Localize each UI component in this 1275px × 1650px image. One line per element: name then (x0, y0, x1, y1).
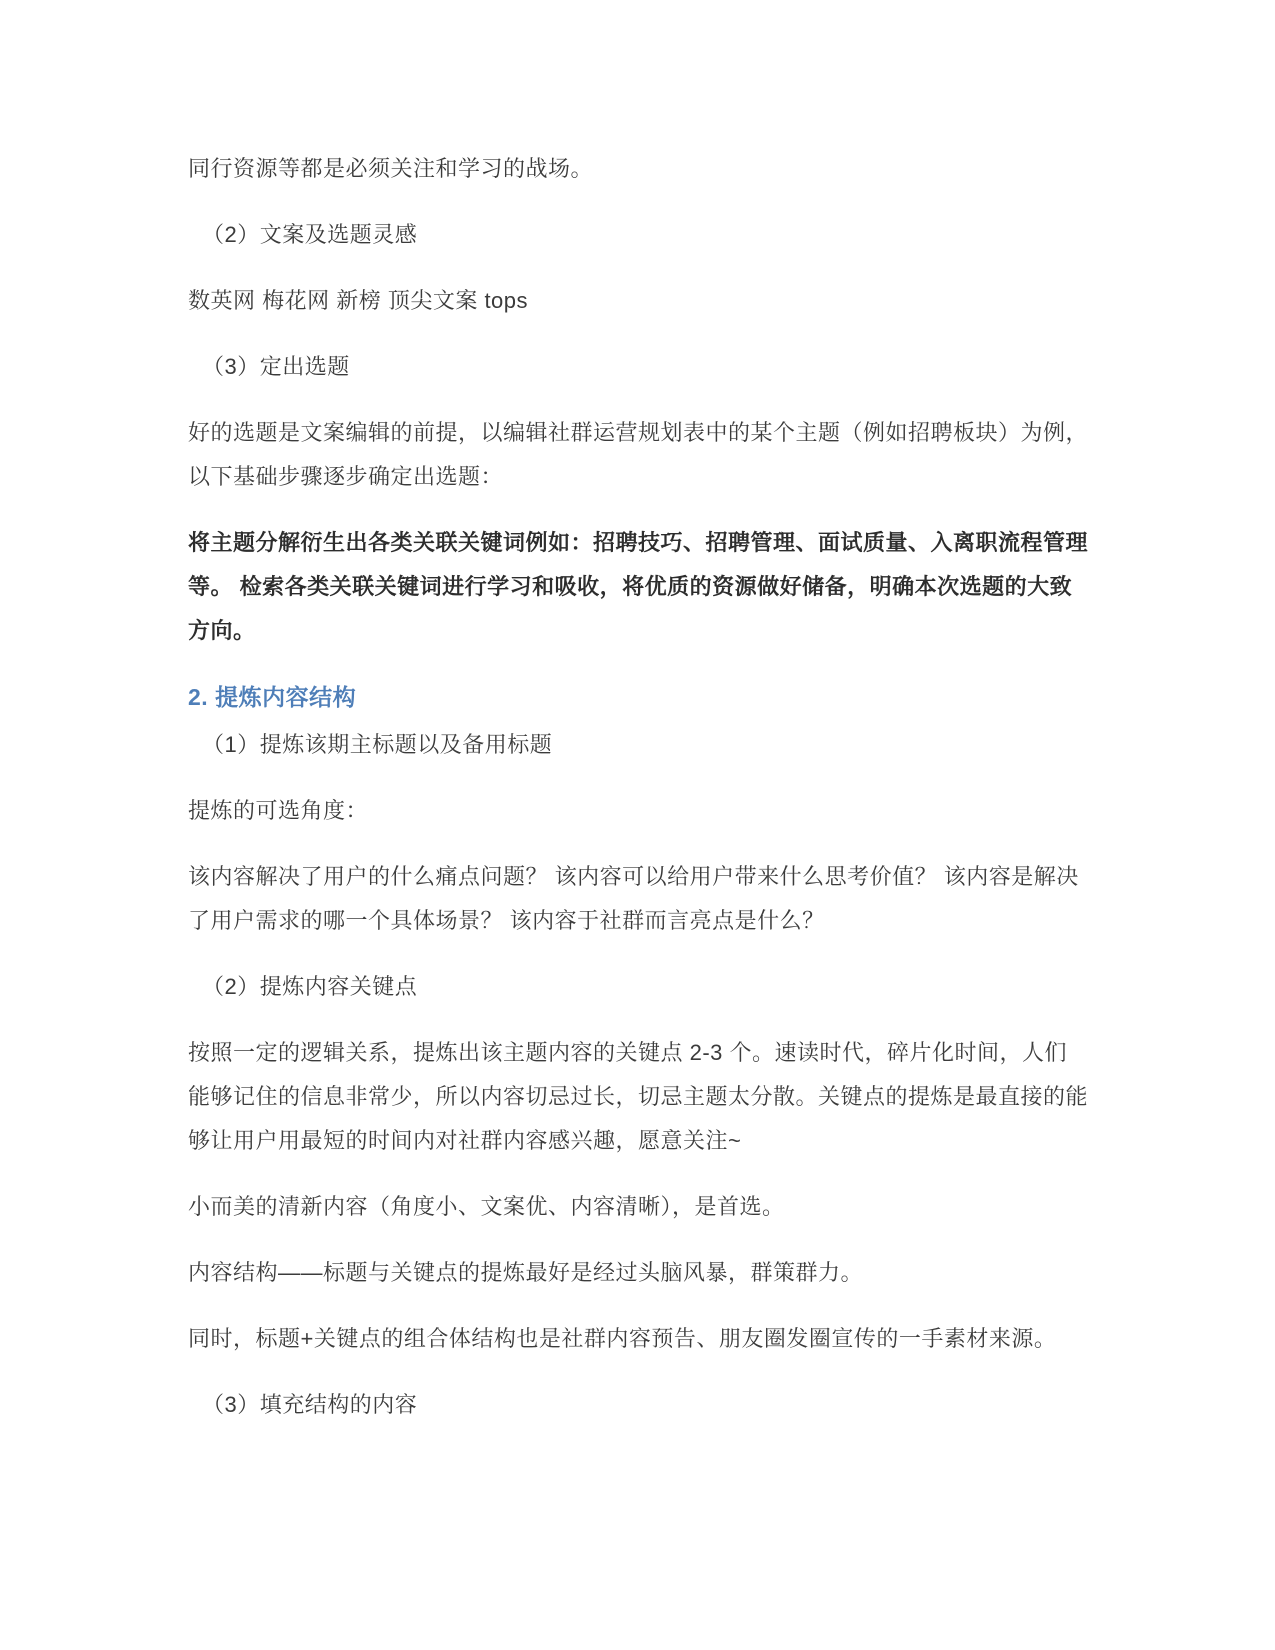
paragraph: 按照一定的逻辑关系，提炼出该主题内容的关键点 2-3 个。速读时代，碎片化时间，… (188, 1031, 1088, 1163)
document-page: 同行资源等都是必须关注和学习的战场。（2）文案及选题灵感数英网 梅花网 新榜 顶… (0, 0, 1275, 1650)
numbered-item: （1）提炼该期主标题以及备用标题 (188, 723, 1088, 767)
paragraph: 该内容解决了用户的什么痛点问题？ 该内容可以给用户带来什么思考价值？ 该内容是解… (188, 855, 1088, 943)
numbered-item: （3）填充结构的内容 (188, 1383, 1088, 1427)
paragraph: 同时，标题+关键点的组合体结构也是社群内容预告、朋友圈发圈宣传的一手素材来源。 (188, 1317, 1088, 1361)
numbered-item: （3）定出选题 (188, 345, 1088, 389)
paragraph: 数英网 梅花网 新榜 顶尖文案 tops (188, 279, 1088, 323)
paragraph: 小而美的清新内容（角度小、文案优、内容清晰），是首选。 (188, 1185, 1088, 1229)
paragraph: 提炼的可选角度： (188, 789, 1088, 833)
numbered-item: （2）提炼内容关键点 (188, 965, 1088, 1009)
paragraph: 同行资源等都是必须关注和学习的战场。 (188, 147, 1088, 191)
section-heading: 2. 提炼内容结构 (188, 675, 1088, 719)
paragraph: 内容结构——标题与关键点的提炼最好是经过头脑风暴，群策群力。 (188, 1251, 1088, 1295)
numbered-item: （2）文案及选题灵感 (188, 213, 1088, 257)
document-content: 同行资源等都是必须关注和学习的战场。（2）文案及选题灵感数英网 梅花网 新榜 顶… (188, 147, 1088, 1449)
paragraph: 好的选题是文案编辑的前提，以编辑社群运营规划表中的某个主题（例如招聘板块）为例，… (188, 411, 1088, 499)
bold-paragraph: 将主题分解衍生出各类关联关键词例如：招聘技巧、招聘管理、面试质量、入离职流程管理… (188, 521, 1088, 653)
